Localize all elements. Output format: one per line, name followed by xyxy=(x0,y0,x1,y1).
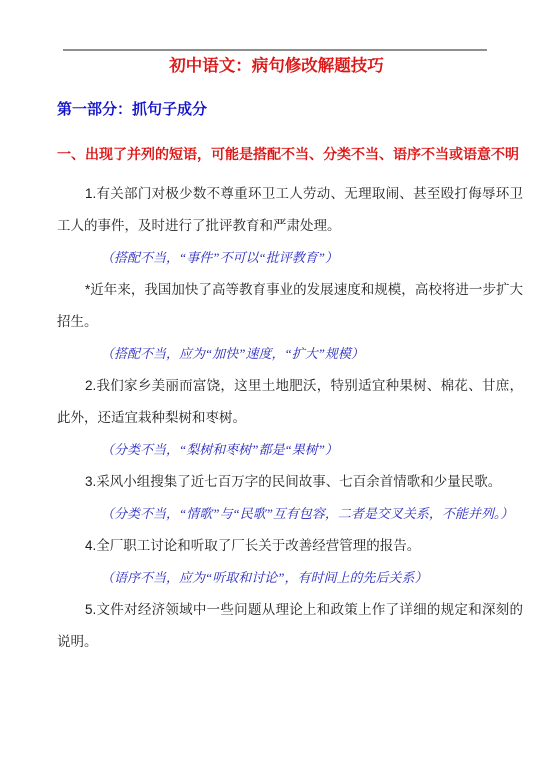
example-sentence: 5.文件对经济领域中一些问题从理论上和政策上作了详细的规定和深刻的说明。 xyxy=(57,594,523,658)
header-divider xyxy=(63,49,487,51)
example-sentence: 1.有关部门对极少数不尊重环卫工人劳动、无理取闹、甚至殴打侮辱环卫工人的事件，及… xyxy=(57,178,523,242)
example-sentence: 2.我们家乡美丽而富饶，这里土地肥沃，特别适宜种果树、棉花、甘庶，此外，还适宜栽… xyxy=(57,370,523,434)
correction-note: （分类不当，“情歌”与“民歌”互有包容，二者是交叉关系，不能并列。） xyxy=(57,498,523,530)
document-page: 初中语文：病句修改解题技巧 第一部分：抓句子成分 一、出现了并列的短语，可能是搭… xyxy=(0,0,553,782)
document-title: 初中语文：病句修改解题技巧 xyxy=(20,56,533,77)
section-heading: 一、出现了并列的短语，可能是搭配不当、分类不当、语序不当或语意不明 xyxy=(57,144,529,164)
correction-note: （分类不当，“梨树和枣树”都是“果树”） xyxy=(57,434,523,466)
correction-note: （语序不当，应为“听取和讨论”，有时间上的先后关系） xyxy=(57,562,523,594)
correction-note: （搭配不当，“事件”不可以“批评教育”） xyxy=(57,242,523,274)
correction-note: （搭配不当，应为“加快”速度，“扩大”规模） xyxy=(57,338,523,370)
example-sentence: *近年来，我国加快了高等教育事业的发展速度和规模，高校将进一步扩大招生。 xyxy=(57,274,523,338)
exercise-list: 1.有关部门对极少数不尊重环卫工人劳动、无理取闹、甚至殴打侮辱环卫工人的事件，及… xyxy=(57,178,523,658)
example-sentence: 4.全厂职工讨论和听取了厂长关于改善经营管理的报告。 xyxy=(57,530,523,562)
example-sentence: 3.采风小组搜集了近七百万字的民间故事、七百余首情歌和少量民歌。 xyxy=(57,466,523,498)
part-heading: 第一部分：抓句子成分 xyxy=(57,99,527,121)
